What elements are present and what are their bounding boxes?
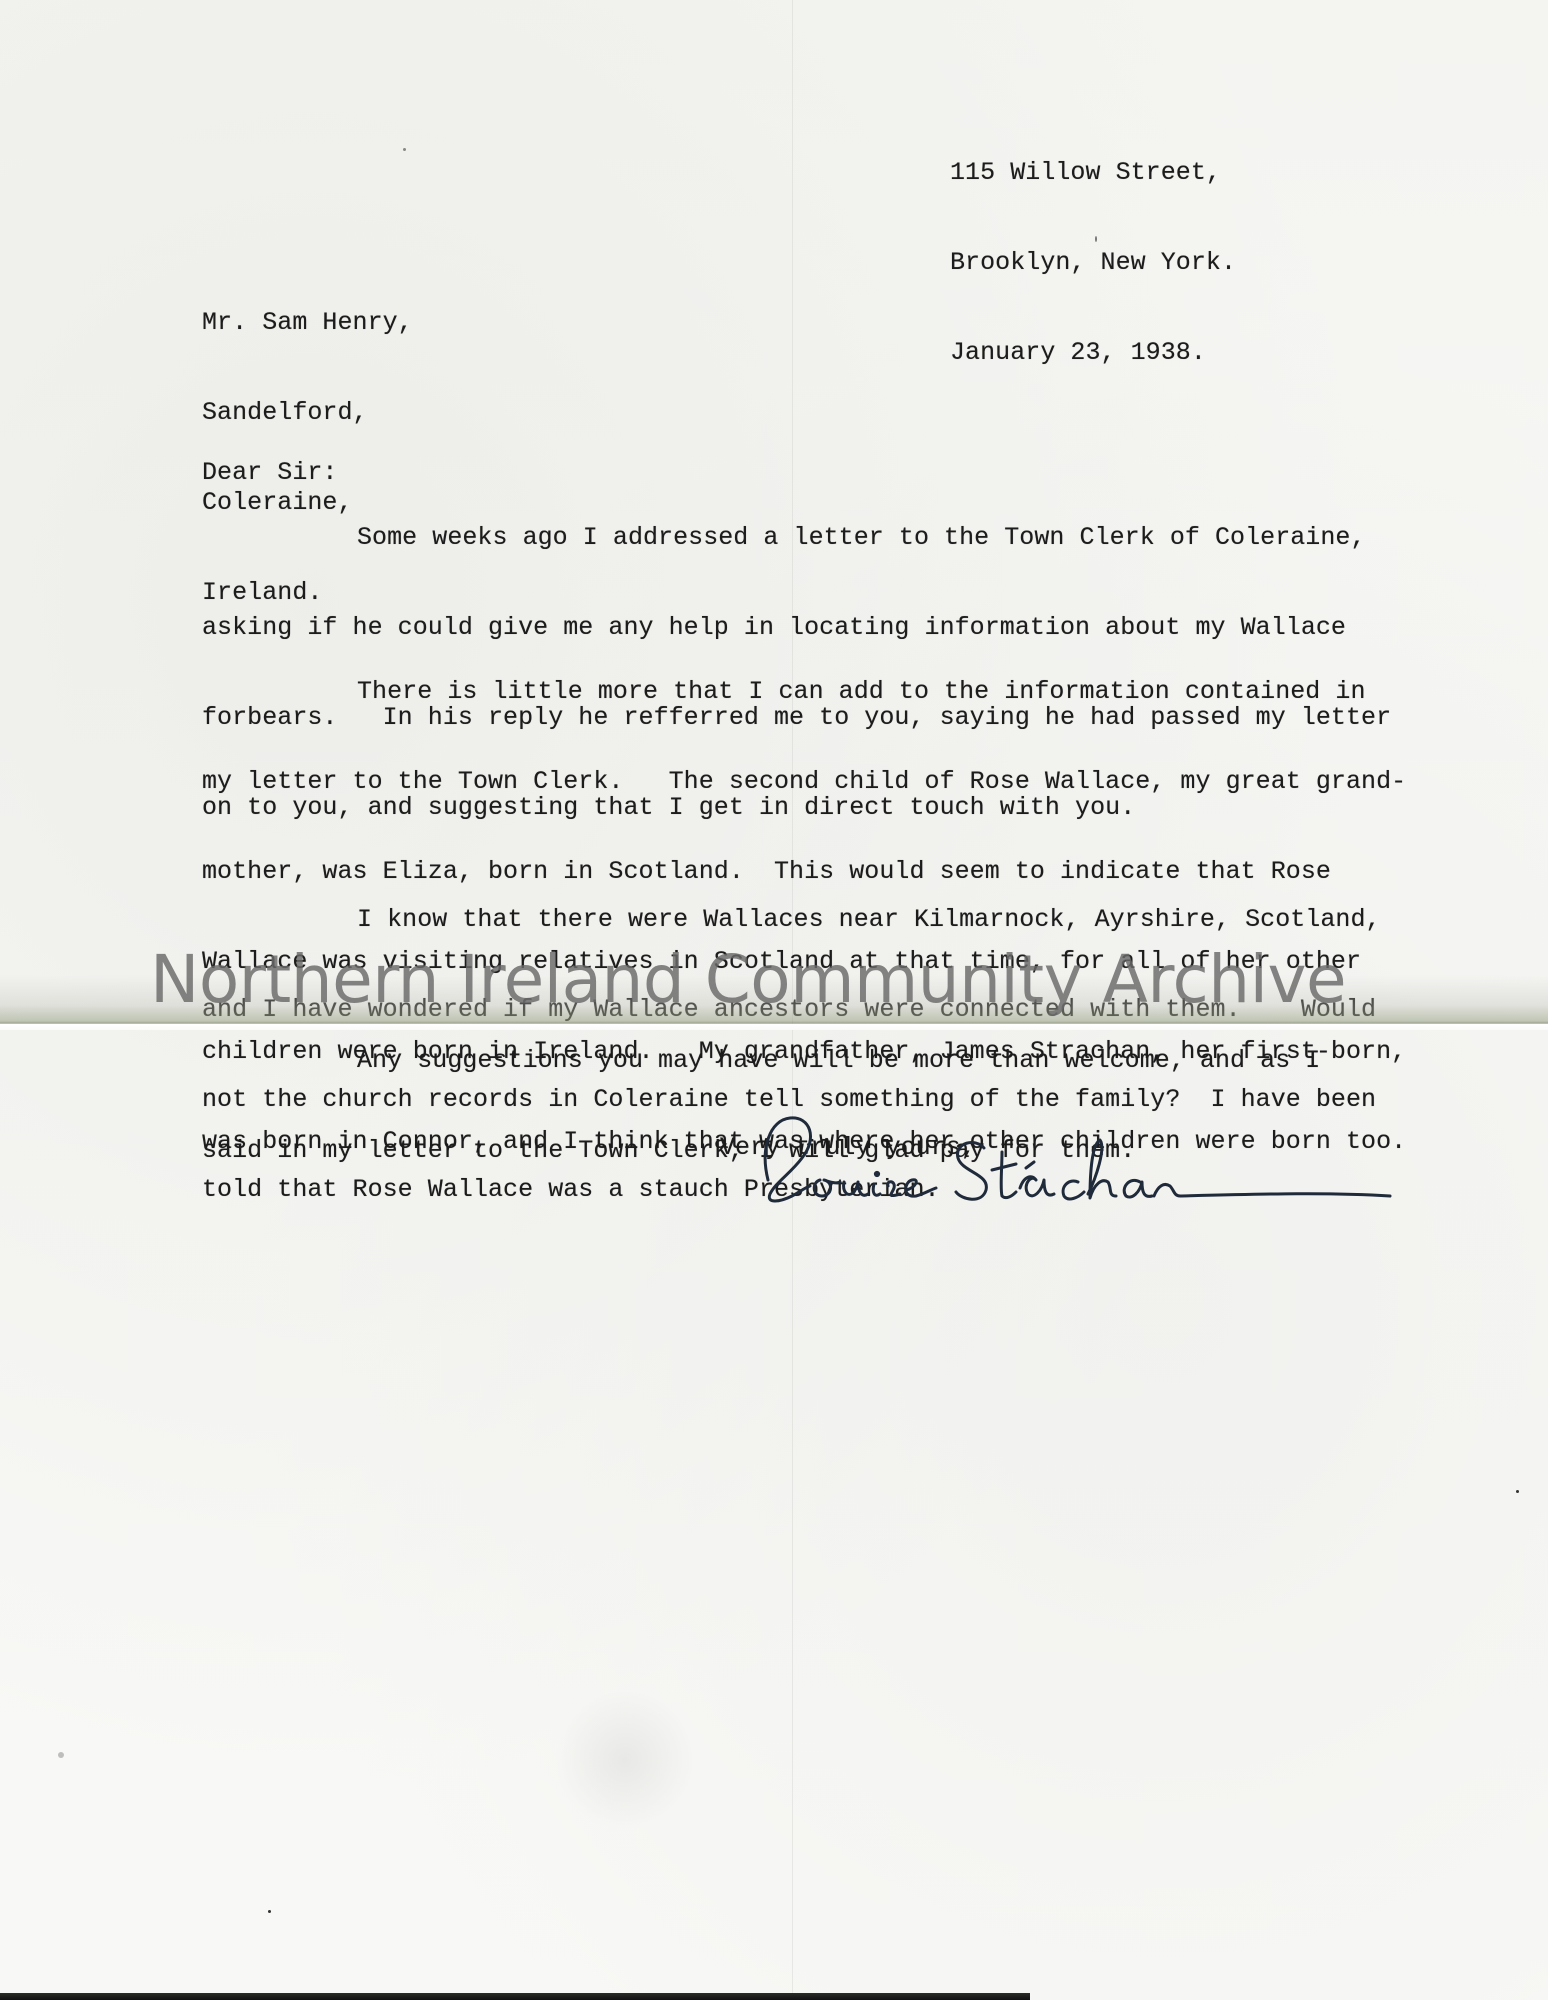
handwritten-signature bbox=[740, 1108, 1400, 1218]
recipient-name: Mr. Sam Henry, bbox=[202, 308, 413, 338]
paragraph-line: Some weeks ago I addressed a letter to t… bbox=[202, 523, 1391, 553]
paragraph-line: There is little more that I can add to t… bbox=[202, 677, 1406, 707]
signature-ink-icon bbox=[740, 1108, 1400, 1218]
paper-speck bbox=[268, 1910, 271, 1913]
embossed-stamp-ghost bbox=[555, 1690, 695, 1830]
sender-city: Brooklyn, New York. bbox=[950, 248, 1236, 278]
paragraph-line: Any suggestions you may have will be mor… bbox=[202, 1046, 1320, 1076]
paper-speck bbox=[1516, 1490, 1519, 1493]
letter-date: January 23, 1938. bbox=[950, 338, 1236, 368]
sender-address: 115 Willow Street, Brooklyn, New York. J… bbox=[950, 98, 1236, 398]
sender-street: 115 Willow Street, bbox=[950, 158, 1236, 188]
paper-speck bbox=[1095, 236, 1097, 242]
paper-speck bbox=[58, 1752, 64, 1758]
horizontal-fold-crease bbox=[0, 1024, 1548, 1030]
paragraph-line: I know that there were Wallaces near Kil… bbox=[202, 905, 1381, 935]
paragraph-line: my letter to the Town Clerk. The second … bbox=[202, 767, 1406, 797]
paper-speck bbox=[403, 148, 406, 151]
scan-bottom-edge bbox=[0, 1993, 1030, 2000]
